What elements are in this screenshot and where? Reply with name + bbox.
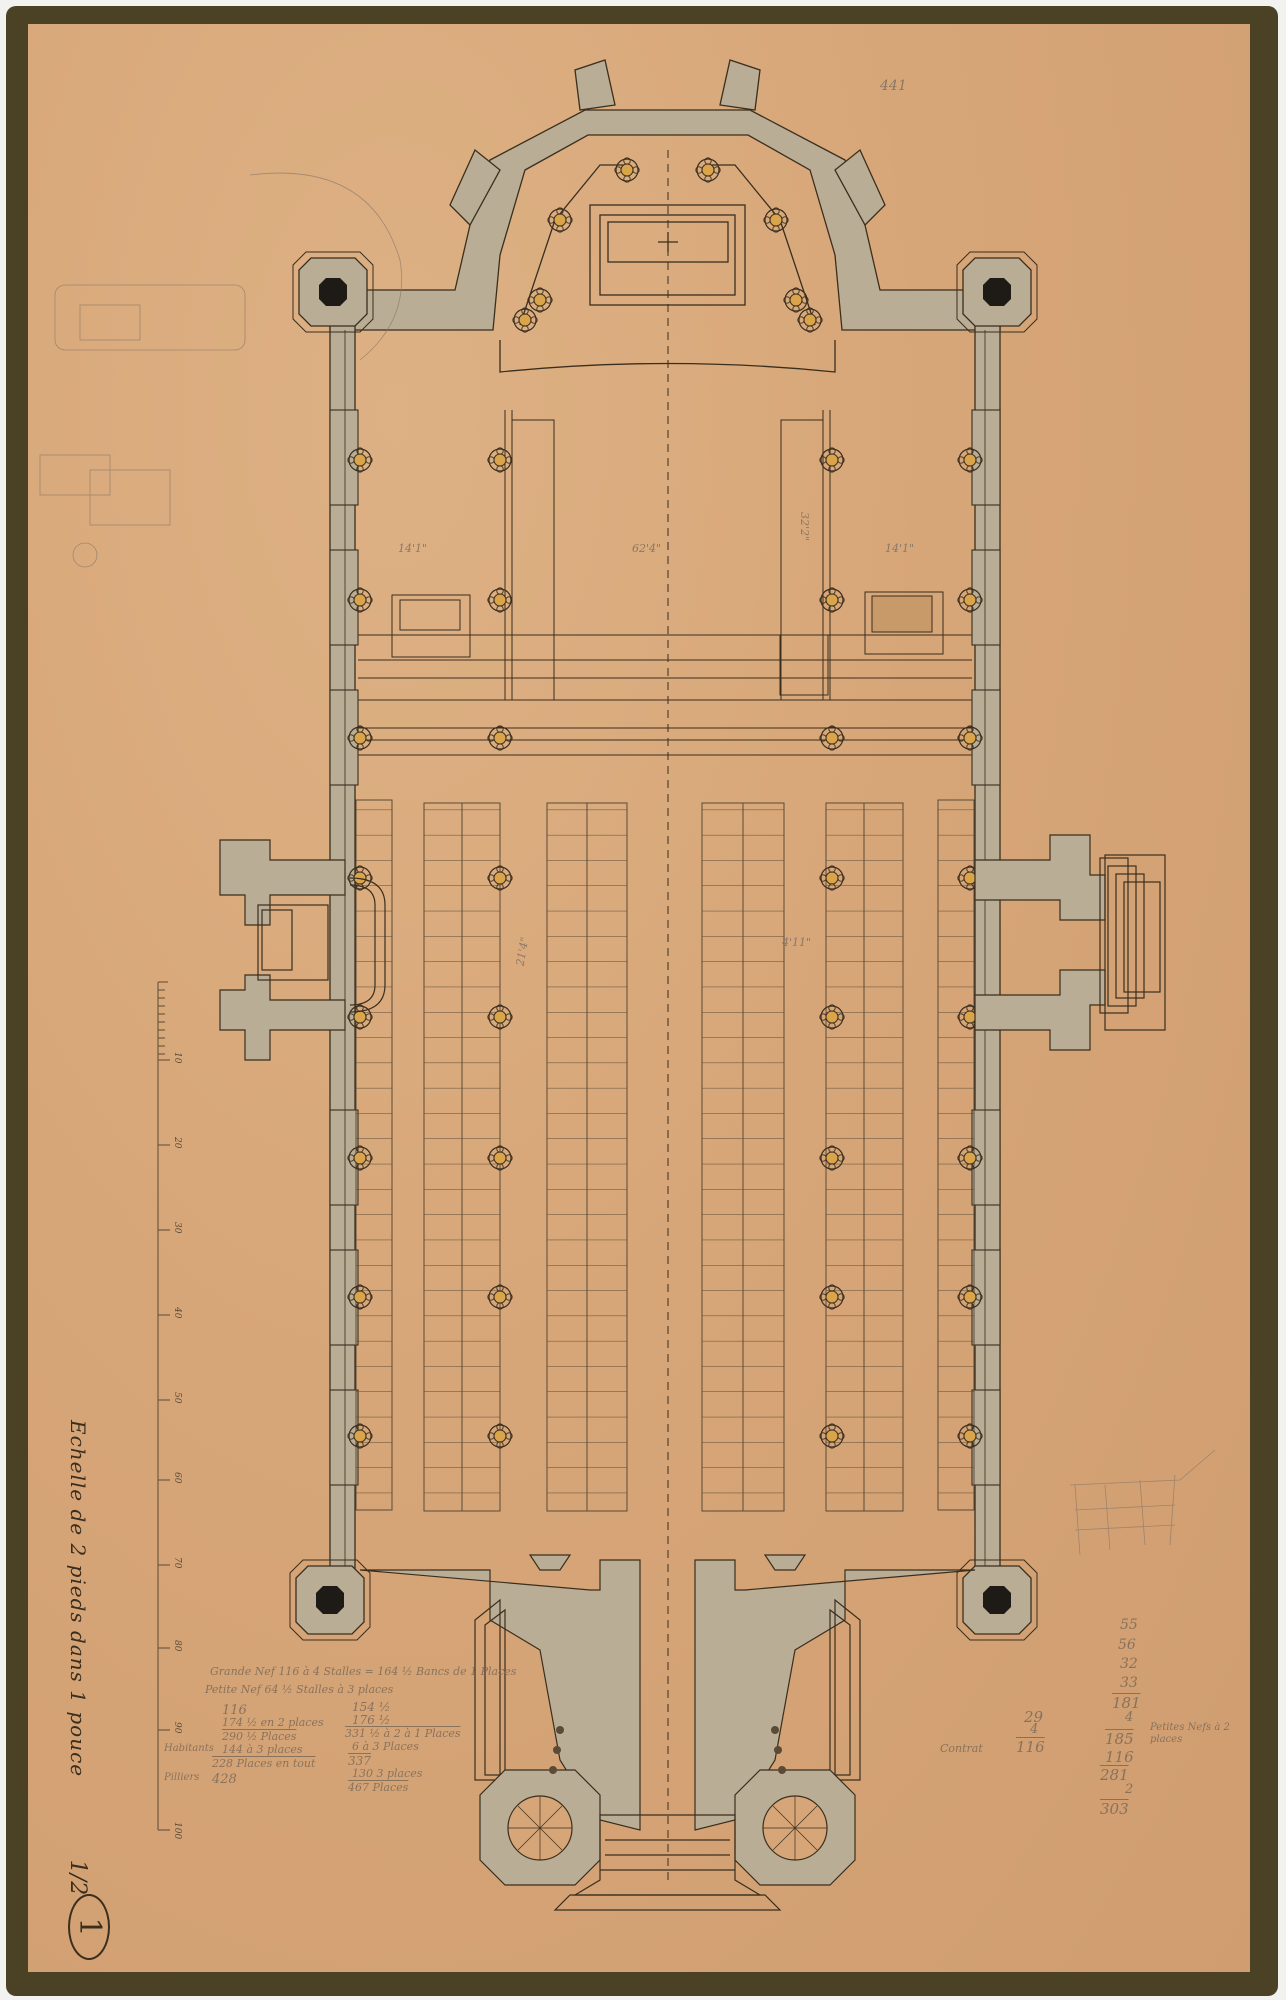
scale-tick-label: 50 (172, 1392, 182, 1403)
calc-side-label: Pilliers (164, 1772, 199, 1783)
calc-right-b: 56 (1118, 1637, 1136, 1653)
calc-line: 174 ½ en 2 places (222, 1716, 324, 1729)
calc-right-b: 33 (1120, 1675, 1138, 1691)
scale-tick-label: 70 (172, 1557, 182, 1568)
calc-line: 331 ½ à 2 à 1 Places (345, 1727, 461, 1740)
calc-right-b-label: Petites Nefs à 2 places (1150, 1722, 1240, 1746)
corner-mark: 1/2 (65, 1860, 90, 1895)
calc-right-a: 116 (1016, 1738, 1045, 1756)
dim-choir-right: 14'1" (885, 542, 914, 555)
calc-line: 144 à 3 places (222, 1743, 302, 1756)
tower-bottom-left (290, 1560, 370, 1640)
sheet-number: 1 (68, 1894, 110, 1960)
calc-right-b: 2 (1125, 1782, 1133, 1797)
calc-line: 428 (212, 1772, 237, 1787)
dim-choir-depth: 32'2" (798, 512, 811, 541)
calc-line: 130 3 places (352, 1767, 422, 1780)
right-porch (975, 835, 1165, 1050)
calc-right-b: 116 (1105, 1748, 1134, 1766)
scale-tick-label: 100 (172, 1822, 182, 1839)
calc-right-b: 32 (1120, 1656, 1138, 1672)
scale-tick-label: 40 (172, 1307, 182, 1318)
calc-line: 337 (348, 1754, 371, 1768)
calc-right-a-label: Contrat (940, 1742, 983, 1755)
dim-choir-center: 62'4" (632, 542, 661, 555)
nave-pews (356, 800, 974, 1511)
choir (358, 410, 972, 755)
calc-line: Grande Nef 116 à 4 Stalles = 164 ½ Bancs… (210, 1665, 516, 1678)
dim-aisle: 4'11" (782, 936, 811, 949)
calc-line: Petite Nef 64 ½ Stalles à 3 places (205, 1683, 393, 1696)
church-floor-plan (0, 0, 1286, 2000)
scale-tick-label: 30 (172, 1222, 182, 1233)
scale-tick-label: 60 (172, 1472, 182, 1483)
calc-line: 154 ½ (352, 1700, 390, 1714)
calc-side-label: Habitants (164, 1743, 214, 1754)
tower-top-right (957, 252, 1037, 332)
dim-choir-left: 14'1" (398, 542, 427, 555)
calc-line: 290 ½ Places (222, 1730, 296, 1743)
scale-tick-label: 80 (172, 1640, 182, 1651)
calc-right-b: 185 (1105, 1730, 1134, 1748)
scale-tick-label: 10 (172, 1052, 182, 1063)
scale-bar (158, 982, 170, 1830)
tower-top-left (293, 252, 373, 332)
calc-line: 6 à 3 Places (352, 1740, 419, 1753)
calc-right-b: 303 (1100, 1800, 1129, 1818)
scale-tick-label: 90 (172, 1722, 182, 1733)
calc-line: 228 Places en tout (212, 1757, 315, 1770)
tower-bottom-right (957, 1560, 1037, 1640)
calc-right-a: 4 (1030, 1722, 1038, 1737)
calc-right-b: 4 (1125, 1710, 1133, 1725)
scale-tick-label: 20 (172, 1137, 182, 1148)
scale-caption: Echelle de 2 pieds dans 1 pouce (66, 1420, 90, 1777)
apse (330, 60, 1000, 372)
calc-line: 176 ½ (352, 1713, 390, 1727)
calc-right-b: 55 (1120, 1617, 1138, 1633)
top-mark: 441 (880, 78, 907, 94)
calc-line: 467 Places (348, 1781, 408, 1794)
